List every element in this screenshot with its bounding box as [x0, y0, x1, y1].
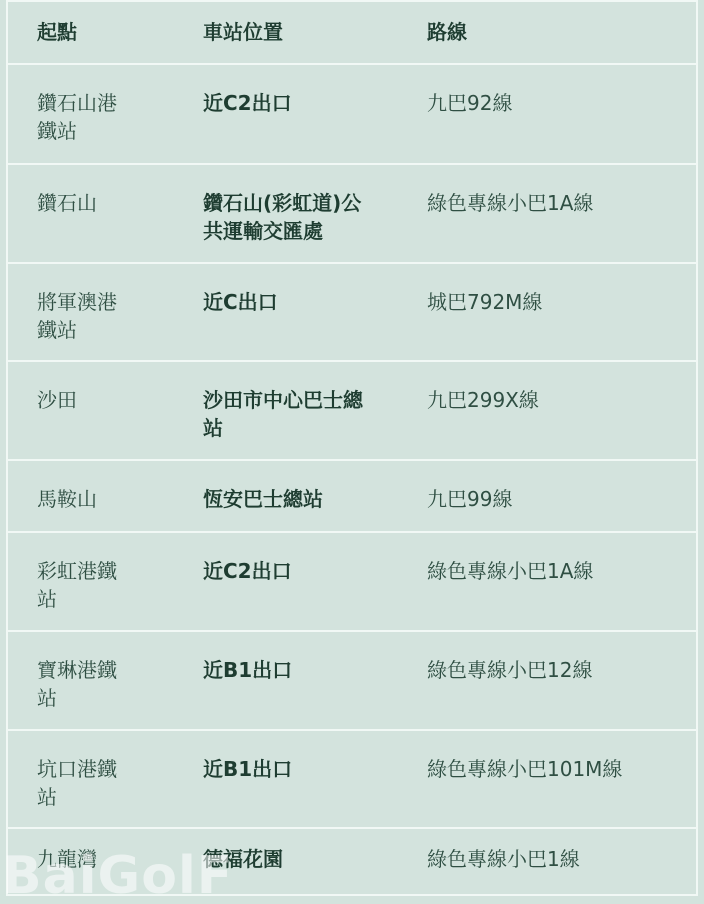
table-row: 鑽石山港鐵站 近C2出口 九巴92線: [8, 63, 696, 163]
table-row: 彩虹港鐵站 近C2出口 綠色專線小巴1A線: [8, 531, 696, 630]
transport-table: 起點 車站位置 路線 鑽石山港鐵站 近C2出口 九巴92線 鑽石山 鑽石山(彩虹…: [6, 0, 698, 896]
cell-route: 綠色專線小巴1線: [398, 827, 696, 894]
transport-table-wrap: 起點 車站位置 路線 鑽石山港鐵站 近C2出口 九巴92線 鑽石山 鑽石山(彩虹…: [6, 0, 698, 896]
table-row: 坑口港鐵站 近B1出口 綠色專線小巴101M線: [8, 729, 696, 827]
cell-location: 近B1出口: [174, 630, 398, 729]
cell-route: 九巴99線: [398, 459, 696, 531]
cell-route: 綠色專線小巴1A線: [398, 531, 696, 630]
cell-route: 九巴92線: [398, 63, 696, 163]
cell-location: 鑽石山(彩虹道)公共運輸交匯處: [174, 163, 398, 262]
cell-route: 綠色專線小巴1A線: [398, 163, 696, 262]
cell-route: 城巴792M線: [398, 262, 696, 360]
cell-location: 沙田市中心巴士總站: [174, 360, 398, 459]
cell-location: 近B1出口: [174, 729, 398, 827]
cell-origin: 鑽石山: [8, 163, 174, 262]
cell-route: 綠色專線小巴101M線: [398, 729, 696, 827]
cell-location: 近C2出口: [174, 63, 398, 163]
header-location: 車站位置: [174, 2, 398, 63]
cell-origin: 沙田: [8, 360, 174, 459]
cell-location: 近C出口: [174, 262, 398, 360]
cell-location: 近C2出口: [174, 531, 398, 630]
table-row: 鑽石山 鑽石山(彩虹道)公共運輸交匯處 綠色專線小巴1A線: [8, 163, 696, 262]
table-row: 沙田 沙田市中心巴士總站 九巴299X線: [8, 360, 696, 459]
cell-origin: 寶琳港鐵站: [8, 630, 174, 729]
header-route: 路線: [398, 2, 696, 63]
page: 起點 車站位置 路線 鑽石山港鐵站 近C2出口 九巴92線 鑽石山 鑽石山(彩虹…: [0, 0, 704, 904]
header-row: 起點 車站位置 路線: [8, 2, 696, 63]
cell-origin: 九龍灣: [8, 827, 174, 894]
cell-location: 德福花園: [174, 827, 398, 894]
table-row: 將軍澳港鐵站 近C出口 城巴792M線: [8, 262, 696, 360]
cell-origin: 彩虹港鐵站: [8, 531, 174, 630]
cell-origin: 將軍澳港鐵站: [8, 262, 174, 360]
cell-origin: 鑽石山港鐵站: [8, 63, 174, 163]
cell-location: 恆安巴士總站: [174, 459, 398, 531]
cell-origin: 馬鞍山: [8, 459, 174, 531]
table-row: 九龍灣 德福花園 綠色專線小巴1線: [8, 827, 696, 894]
table-row: 寶琳港鐵站 近B1出口 綠色專線小巴12線: [8, 630, 696, 729]
cell-route: 綠色專線小巴12線: [398, 630, 696, 729]
cell-route: 九巴299X線: [398, 360, 696, 459]
header-origin: 起點: [8, 2, 174, 63]
table-row: 馬鞍山 恆安巴士總站 九巴99線: [8, 459, 696, 531]
cell-origin: 坑口港鐵站: [8, 729, 174, 827]
